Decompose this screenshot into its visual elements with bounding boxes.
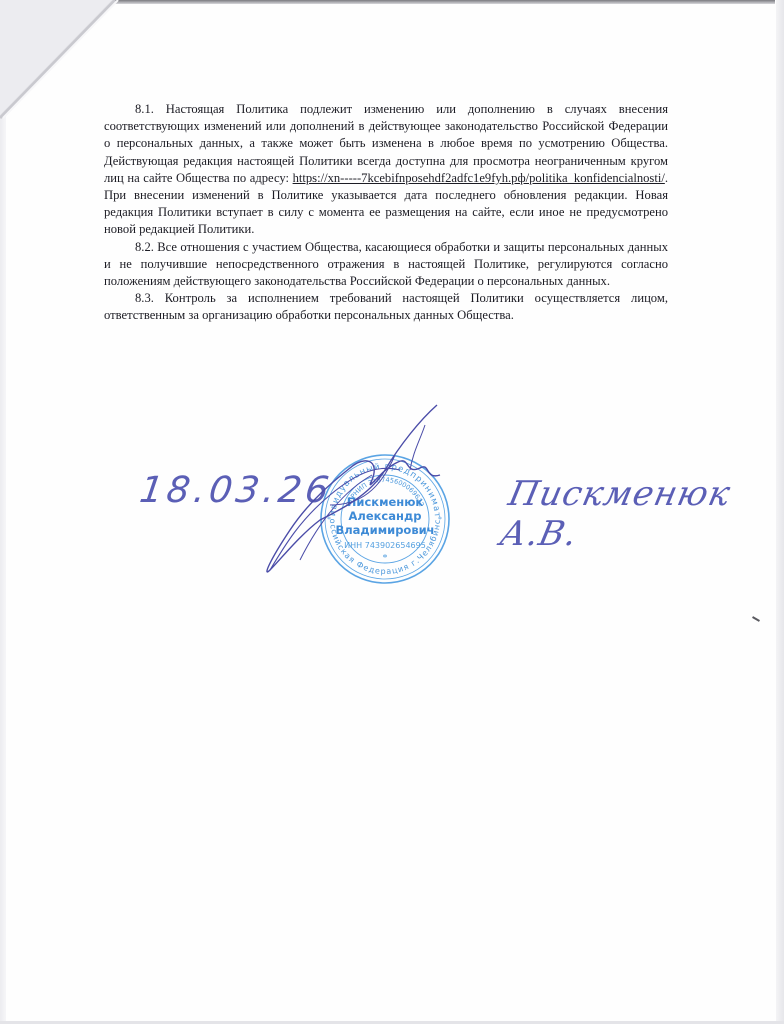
svg-text:Индивидуальный предприниматель: Индивидуальный предприниматель [318, 452, 442, 519]
svg-text:*: * [438, 515, 442, 524]
page-edge-left [0, 110, 6, 1024]
page-edge-top [115, 0, 775, 4]
paragraph-8-1: 8.1. Настоящая Политика подлежит изменен… [104, 101, 668, 239]
scanned-page: 8.1. Настоящая Политика подлежит изменен… [0, 0, 784, 1024]
company-stamp: Индивидуальный предприниматель Российска… [318, 452, 452, 586]
handwritten-name: Пискменюк А.В. [496, 474, 784, 554]
stamp-ring-icon: Индивидуальный предприниматель Российска… [318, 452, 452, 586]
svg-text:Российская Федерация г.Челябин: Российская Федерация г.Челябинск [318, 452, 442, 576]
folded-corner [0, 0, 120, 120]
document-body: 8.1. Настоящая Политика подлежит изменен… [104, 101, 668, 325]
policy-link[interactable]: https://xn-----7kcebifnposehdf2adfc1e9fy… [293, 171, 665, 185]
svg-text:*: * [327, 515, 331, 524]
paragraph-8-2: 8.2. Все отношения с участием Общества, … [104, 239, 668, 291]
scan-artifact [752, 616, 760, 622]
paragraph-8-3: 8.3. Контроль за исполнением требований … [104, 290, 668, 324]
stamp-owner-name: Пискменюк Александр Владимирович [318, 495, 452, 537]
page-edge-right [776, 0, 784, 1024]
handwritten-date: 18.03.26 [137, 470, 335, 511]
stamp-star-icon: * [318, 553, 452, 564]
svg-text:ОГРНИП 318745600069612: ОГРНИП 318745600069612 [344, 476, 425, 508]
stamp-inn: ИНН 743902654695 [318, 541, 452, 550]
